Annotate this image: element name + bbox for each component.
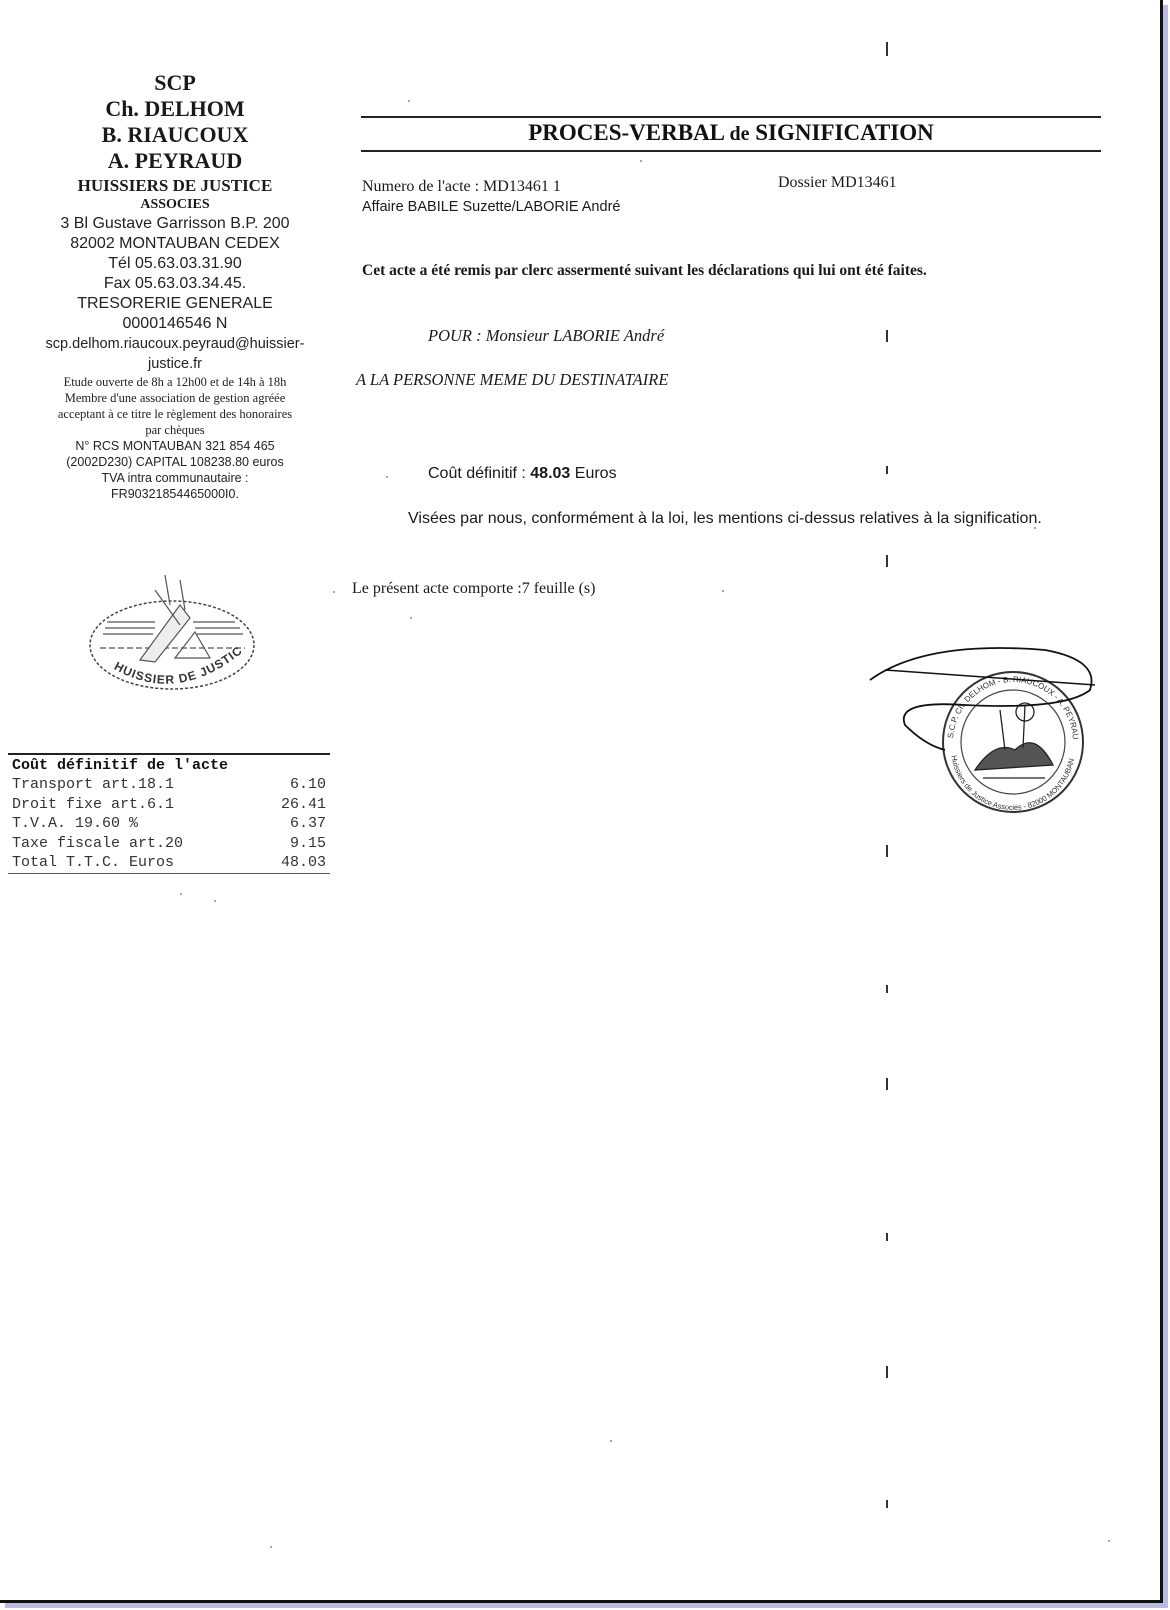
cost-table-header: Coût définitif de l'acte — [8, 755, 330, 775]
scan-mark — [886, 1500, 888, 1508]
title-end: SIGNIFICATION — [755, 120, 934, 145]
letterhead-email-line2: justice.fr — [10, 354, 340, 374]
letterhead-profession: HUISSIERS DE JUSTICE — [10, 176, 340, 196]
letterhead: SCP Ch. DELHOM B. RIAUCOUX A. PEYRAUD HU… — [10, 70, 340, 502]
scan-speck — [1108, 1540, 1110, 1542]
letterhead-scp: SCP — [10, 70, 340, 96]
letterhead-name-riaucoux: B. RIAUCOUX — [10, 122, 340, 148]
scan-mark — [886, 845, 888, 857]
table-row: Droit fixe art.6.1 26.41 — [8, 795, 330, 815]
title-main: PROCES-VERBAL — [528, 120, 724, 145]
scan-mark — [886, 330, 888, 342]
table-row: Transport art.18.1 6.10 — [8, 775, 330, 795]
title-rule-bottom — [361, 150, 1101, 152]
letterhead-name-delhom: Ch. DELHOM — [10, 96, 340, 122]
cost-label: Droit fixe art.6.1 — [12, 795, 174, 815]
affaire: Affaire BABILE Suzette/LABORIE André — [362, 197, 620, 217]
delivery-statement: Cet acte a été remis par clerc asserment… — [362, 262, 927, 280]
scan-mark — [886, 1078, 888, 1090]
cost-label: Taxe fiscale art.20 — [12, 834, 183, 854]
table-row: T.V.A. 19.60 % 6.37 — [8, 814, 330, 834]
letterhead-tva-label: TVA intra communautaire : — [10, 470, 340, 486]
official-stamp-icon: S.C.P. Ch. DELHOM - B. RIAUCOUX - A. PEY… — [865, 630, 1095, 815]
letterhead-capital: (2002D230) CAPITAL 108238.80 euros — [10, 454, 340, 470]
cost-value: 9.15 — [290, 834, 326, 854]
scan-mark — [886, 555, 888, 567]
letterhead-association-line2: acceptant à ce titre le règlement des ho… — [10, 406, 340, 422]
scan-mark — [886, 466, 888, 474]
letterhead-association-line3: par chèques — [10, 422, 340, 438]
cost-amount: 48.03 — [530, 465, 570, 482]
letterhead-address-line1: 3 Bl Gustave Garrisson B.P. 200 — [10, 214, 340, 234]
scan-speck — [214, 900, 216, 902]
scan-speck — [410, 617, 412, 619]
scan-mark — [886, 1366, 888, 1378]
cost-suffix: Euros — [570, 465, 616, 482]
scan-mark — [886, 42, 888, 56]
document-title: PROCES-VERBAL de SIGNIFICATION — [361, 118, 1101, 149]
letterhead-hours: Etude ouverte de 8h a 12h00 et de 14h à … — [10, 374, 340, 390]
letterhead-rcs: N° RCS MONTAUBAN 321 854 465 — [10, 438, 340, 454]
document-page: SCP Ch. DELHOM B. RIAUCOUX A. PEYRAUD HU… — [0, 0, 1163, 1603]
definitive-cost: Coût définitif : 48.03 Euros — [428, 465, 617, 483]
scan-speck — [180, 893, 182, 895]
letterhead-tel: Tél 05.63.03.31.90 — [10, 254, 340, 274]
dossier-number: Dossier MD13461 — [778, 173, 897, 193]
letterhead-association-line1: Membre d'une association de gestion agré… — [10, 390, 340, 406]
letterhead-email-line1: scp.delhom.riaucoux.peyraud@huissier- — [10, 334, 340, 354]
cost-label: Total T.T.C. Euros — [12, 853, 174, 873]
scan-speck — [333, 591, 335, 593]
cost-label: Transport art.18.1 — [12, 775, 174, 795]
letterhead-fax: Fax 05.63.03.34.45. — [10, 274, 340, 294]
letterhead-tva-number: FR90321854465000I0. — [10, 486, 340, 502]
huissier-de-justice-seal-icon: HUISSIER DE JUSTICE — [85, 570, 260, 695]
cost-label: T.V.A. 19.60 % — [12, 814, 138, 834]
cost-value: 6.37 — [290, 814, 326, 834]
cost-table: Coût définitif de l'acte Transport art.1… — [8, 753, 330, 874]
letterhead-address-line2: 82002 MONTAUBAN CEDEX — [10, 234, 340, 254]
visees-statement: Visées par nous, conformément à la loi, … — [356, 508, 1046, 530]
scan-speck — [408, 100, 410, 102]
table-row: Taxe fiscale art.20 9.15 — [8, 834, 330, 854]
letterhead-name-peyraud: A. PEYRAUD — [10, 148, 340, 174]
letterhead-associes: ASSOCIES — [10, 196, 340, 214]
scan-speck — [722, 590, 724, 592]
acte-number: Numero de l'acte : MD13461 1 — [362, 177, 561, 197]
scan-speck — [1034, 527, 1036, 529]
scan-speck — [386, 476, 388, 478]
cost-value: 48.03 — [281, 853, 326, 873]
table-row-total: Total T.T.C. Euros 48.03 — [8, 853, 330, 873]
scan-mark — [886, 985, 888, 993]
cost-value: 26.41 — [281, 795, 326, 815]
recipient: POUR : Monsieur LABORIE André — [428, 326, 664, 346]
scan-speck — [270, 1546, 272, 1548]
scan-mark — [886, 1233, 888, 1241]
letterhead-tresorerie-number: 0000146546 N — [10, 314, 340, 334]
cost-value: 6.10 — [290, 775, 326, 795]
delivery-mode: A LA PERSONNE MEME DU DESTINATAIRE — [356, 370, 668, 390]
letterhead-tresorerie: TRESORERIE GENERALE — [10, 294, 340, 314]
sheet-count: Le présent acte comporte :7 feuille (s) — [352, 580, 595, 598]
scan-speck — [640, 160, 642, 162]
scan-speck — [610, 1440, 612, 1442]
title-de: de — [730, 123, 750, 145]
cost-prefix: Coût définitif : — [428, 465, 530, 482]
